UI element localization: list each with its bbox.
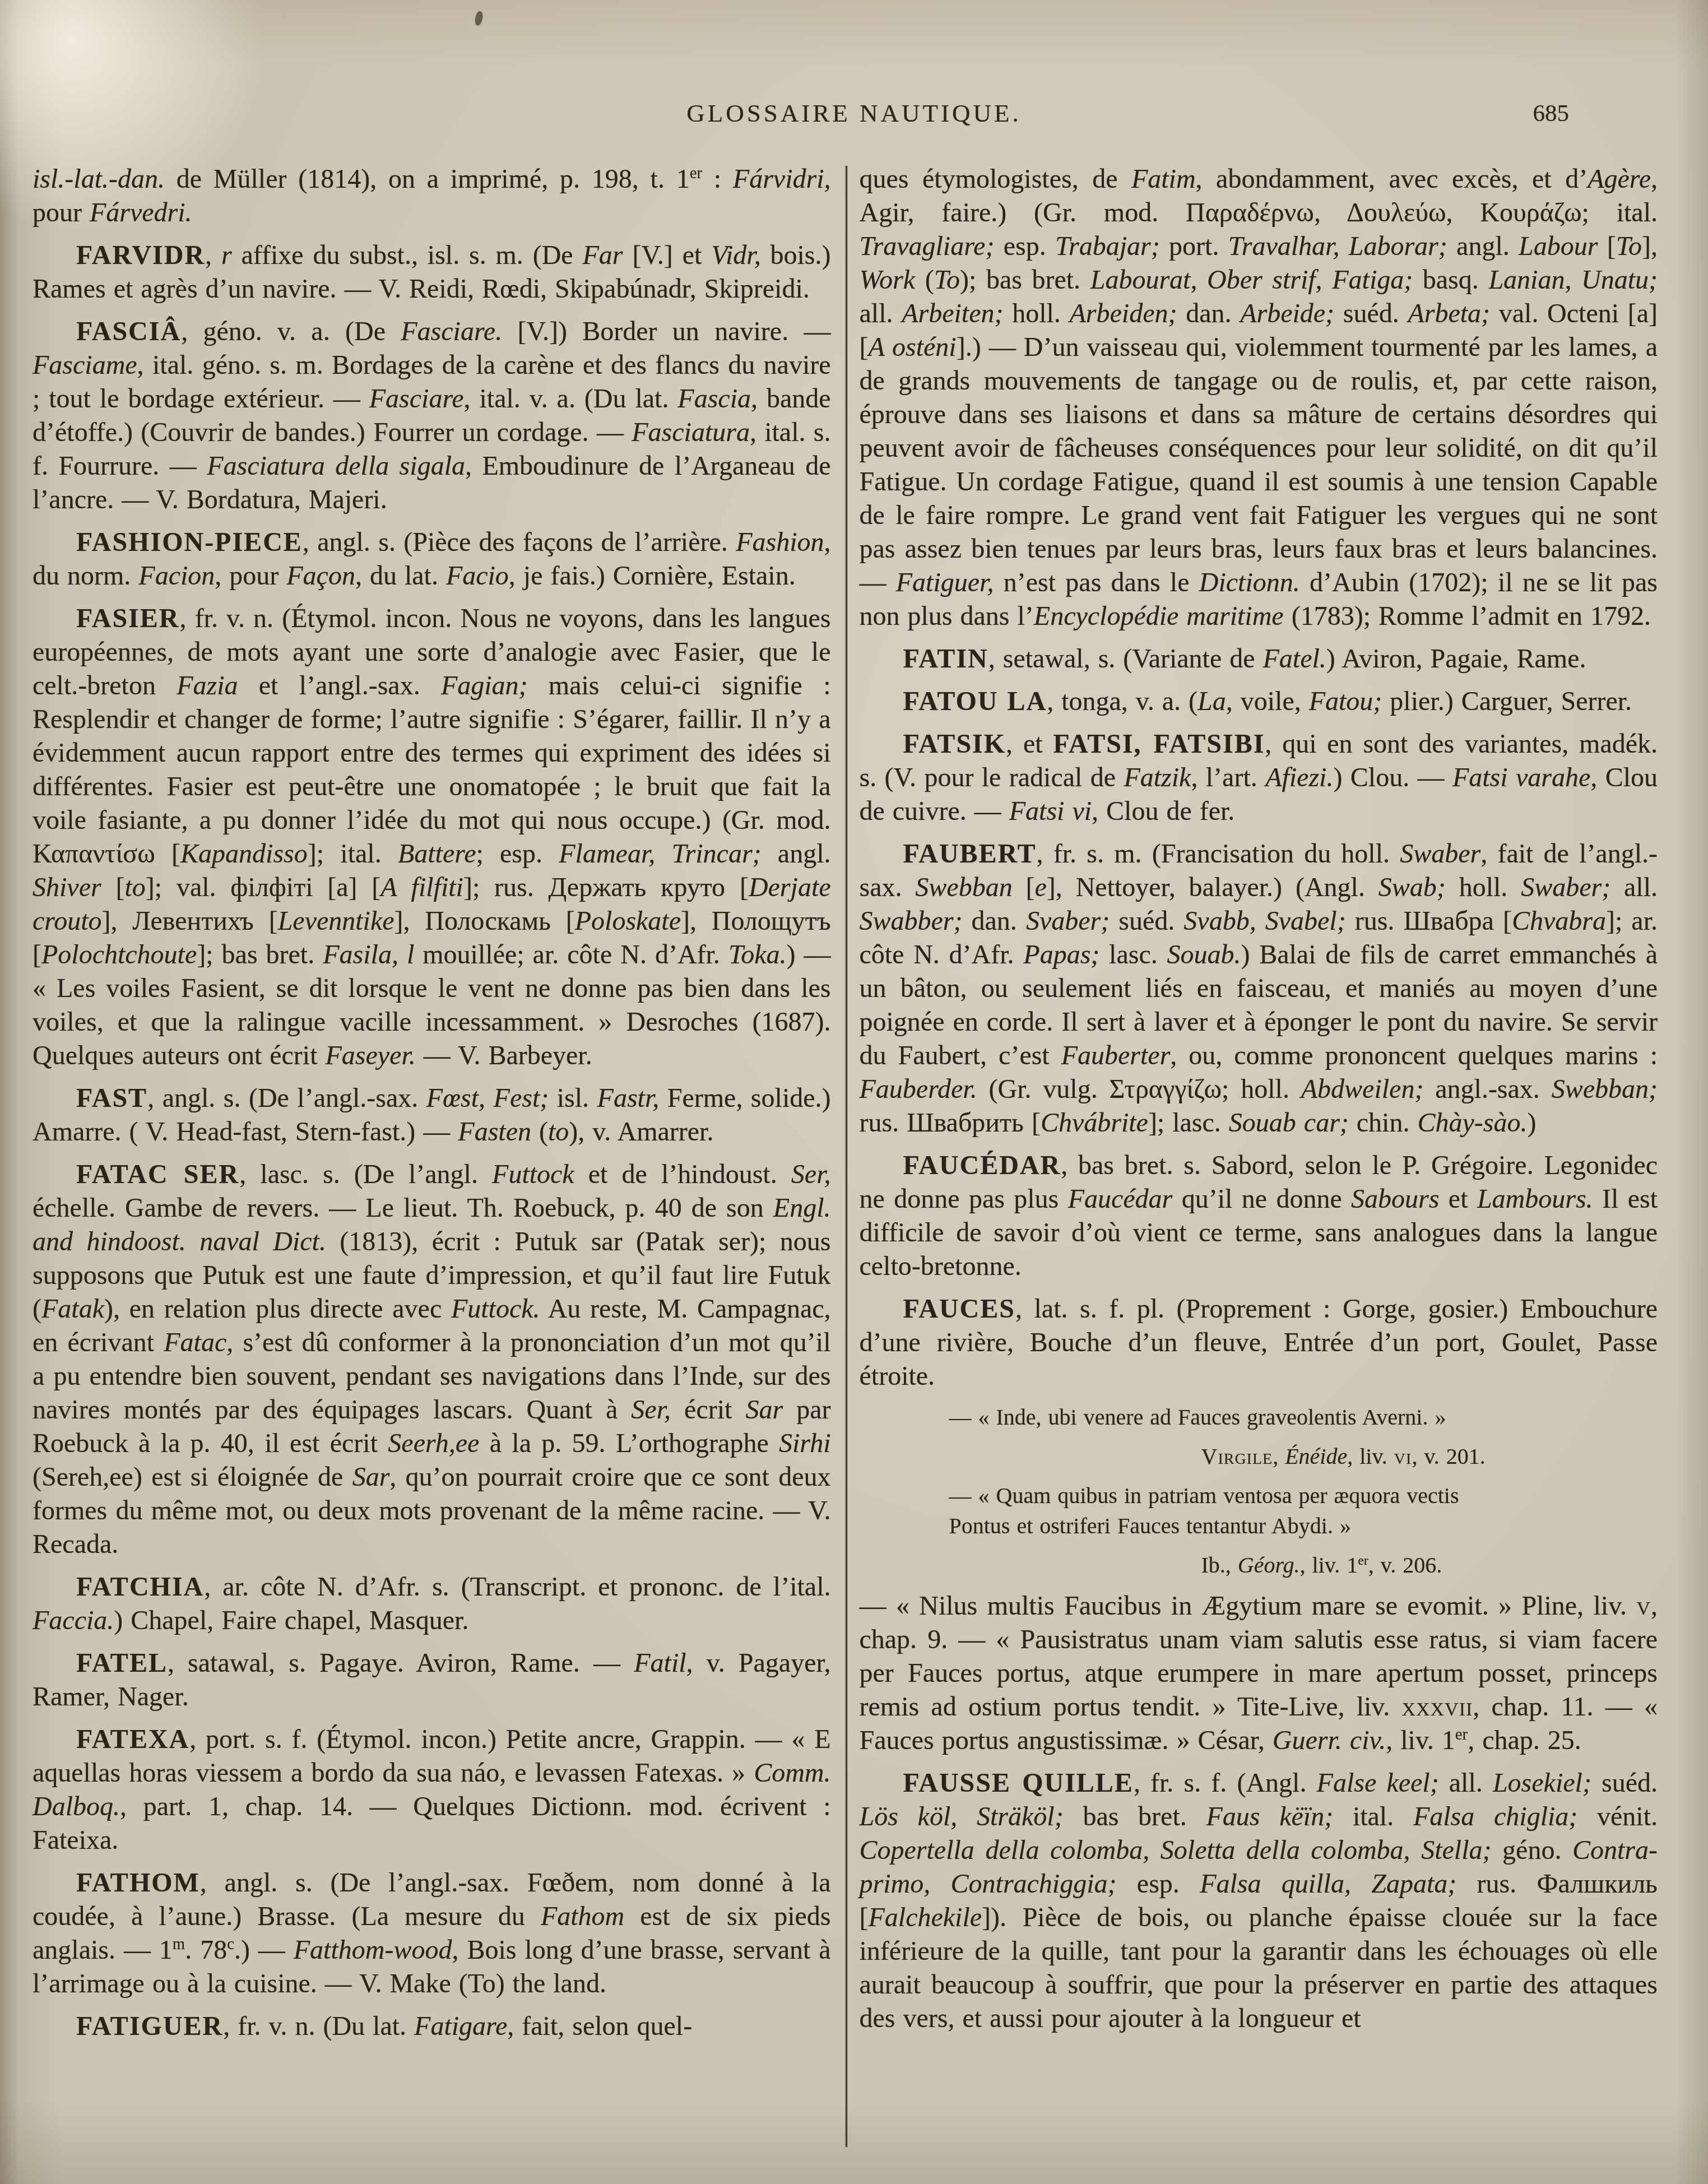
entry-farvidr: FARVIDR, r affixe du subst., isl. s. m. … — [33, 239, 831, 306]
entry-fatiguer-continuation: ques étymologistes, de Fatim, abondammen… — [860, 163, 1658, 633]
quote-georgiques: — « Quam quibus in patriam ventosa per æ… — [949, 1481, 1650, 1541]
citation-georgiques: Ib., Géorg., liv. 1er, v. 206. — [1201, 1550, 1658, 1580]
entry-fatsik: FATSIK, et FATSI, FATSIBI, qui en sont d… — [860, 727, 1658, 828]
page-number: 685 — [1533, 100, 1570, 127]
scan-artifact — [474, 11, 484, 26]
entry-fatel: FATEL, satawal, s. Pagaye. Aviron, Rame.… — [33, 1647, 831, 1714]
entry-fatin: FATIN, setawal, s. (Variante de Fatel.) … — [860, 642, 1658, 676]
entry-fauces: FAUCES, lat. s. f. pl. (Proprement : Gor… — [860, 1292, 1658, 1393]
running-head: GLOSSAIRE NAUTIQUE. — [0, 99, 1708, 128]
entry-fatexa: FATEXA, port. s. f. (Étymol. incon.) Pet… — [33, 1723, 831, 1857]
entry-fascia: FASCIÂ, géno. v. a. (De Fasciare. [V.]) … — [33, 315, 831, 517]
entry-fatiguer: FATIGUER, fr. v. n. (Du lat. Fatigare, f… — [33, 2010, 831, 2043]
entry-farvidri-continuation: isl.-lat.-dan. de Müller (1814), on a im… — [33, 163, 831, 230]
quote-virgile: — « Inde, ubi venere ad Fauces graveolen… — [949, 1402, 1650, 1432]
entry-fausse-quille: FAUSSE QUILLE, fr. s. f. (Angl. False ke… — [860, 1766, 1658, 2035]
entry-fathom: FATHOM, angl. s. (De l’angl.-sax. Fœðem,… — [33, 1866, 831, 2001]
text-block: isl.-lat.-dan. de Müller (1814), on a im… — [33, 163, 1658, 2162]
citation-virgile: Virgile, Énéide, liv. vi, v. 201. — [1201, 1441, 1658, 1472]
page-title: GLOSSAIRE NAUTIQUE. — [686, 99, 1021, 127]
entry-fatac-ser: FATAC SER, lasc. s. (De l’angl. Futtock … — [33, 1158, 831, 1561]
right-column: ques étymologistes, de Fatim, abondammen… — [860, 163, 1658, 2162]
entry-fatchia: FATCHIA, ar. côte N. d’Afr. s. (Transcri… — [33, 1570, 831, 1638]
entry-fast: FAST, angl. s. (De l’angl.-sax. Fœst, Fe… — [33, 1082, 831, 1149]
paragraph-fauces-citations: — « Nilus multis Faucibus in Ægytium mar… — [860, 1589, 1658, 1758]
entry-faubert: FAUBERT, fr. s. m. (Francisation du holl… — [860, 837, 1658, 1140]
left-column: isl.-lat.-dan. de Müller (1814), on a im… — [33, 163, 831, 2162]
entry-fashion-piece: FASHION-PIECE, angl. s. (Pièce des façon… — [33, 526, 831, 593]
entry-fatou-la: FATOU LA, tonga, v. a. (La, voile, Fatou… — [860, 685, 1658, 718]
column-divider-rule — [846, 166, 847, 2147]
entry-faucedar: FAUCÉDAR, bas bret. s. Sabord, selon le … — [860, 1149, 1658, 1283]
entry-fasier: FASIER, fr. v. n. (Étymol. incon. Nous n… — [33, 602, 831, 1073]
scanned-page: GLOSSAIRE NAUTIQUE. 685 isl.-lat.-dan. d… — [0, 0, 1708, 2184]
